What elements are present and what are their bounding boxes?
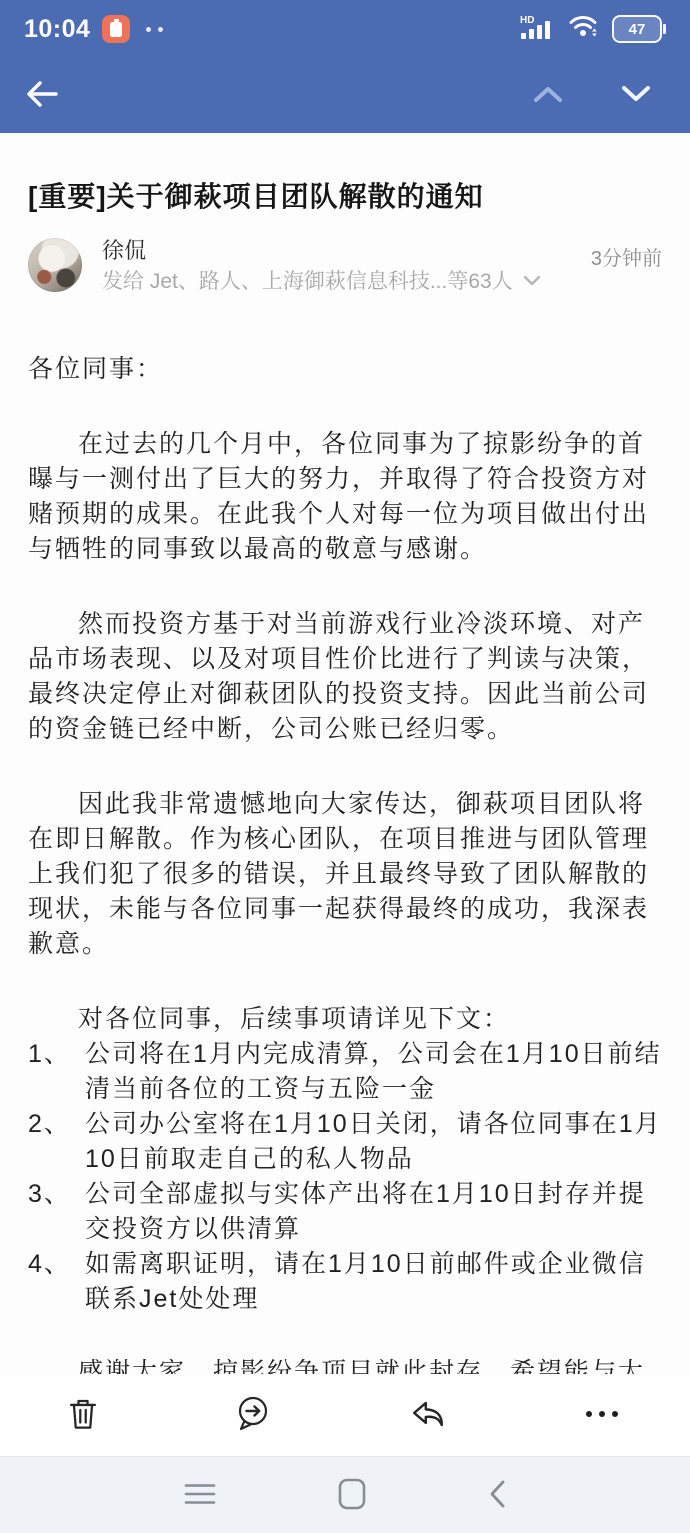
nav-recent-apps-button[interactable] [338,1478,366,1513]
nav-back-button[interactable] [488,1479,506,1512]
list-item: 1、 公司将在1月内完成清算，公司会在1月10日前结清当前各位的工资与五险一金 [28,1037,662,1107]
battery-saver-notification-icon [102,15,130,43]
list-item-text: 公司全部虚拟与实体产出将在1月10日封存并提交投资方以供清算 [85,1177,662,1247]
delete-button[interactable] [68,1397,98,1434]
mail-action-toolbar [0,1374,690,1456]
list-item-number: 1、 [28,1037,85,1107]
body-paragraph: 然而投资方基于对当前游戏行业冷淡环境、对产品市场表现、以及对项目性价比进行了判读… [28,607,662,747]
recipients-row[interactable]: 发给 Jet、路人、上海御萩信息科技...等63人 [102,268,591,296]
mail-content: [重要]关于御萩项目团队解散的通知 徐侃 发给 Jet、路人、上海御萩信息科技.… [0,133,690,1374]
wifi-icon [569,13,601,45]
more-button[interactable] [582,1408,622,1423]
battery-percent: 47 [629,21,646,38]
status-bar: 10:04 HD [0,0,690,58]
list-item: 2、 公司办公室将在1月10日关闭，请各位同事在1月10日前取走自己的私人物品 [28,1107,662,1177]
list-item-number: 4、 [28,1247,85,1317]
phone-screen: 10:04 HD [0,0,690,1533]
list-item-text: 公司将在1月内完成清算，公司会在1月10日前结清当前各位的工资与五险一金 [85,1037,662,1107]
list-intro: 对各位同事，后续事项请详见下文： [28,1002,662,1037]
salutation: 各位同事： [28,352,662,387]
mail-time: 3分钟前 [591,242,662,271]
back-button[interactable] [24,78,60,113]
body-paragraph: 在过去的几个月中，各位同事为了掠影纷争的首曝与一测付出了巨大的努力，并取得了符合… [28,427,662,567]
recipients-expand-chevron-icon[interactable] [523,273,541,291]
sender-avatar[interactable] [28,238,82,292]
mail-subject: [重要]关于御萩项目团队解散的通知 [28,177,662,217]
list-item-text: 如需离职证明，请在1月10日前邮件或企业微信联系Jet处处理 [85,1247,662,1317]
system-nav-bar [0,1456,690,1533]
back-arrow-icon [24,78,60,113]
clock: 10:04 [24,15,90,44]
closing-paragraph: 感谢大家，掠影纷争项目就此封存，希望能与大家有缘再见 [28,1355,662,1374]
nav-back-icon [488,1479,506,1512]
list-item-number: 2、 [28,1107,85,1177]
forward-button[interactable] [233,1395,273,1436]
mail-header-bar [0,58,690,133]
sender-name: 徐侃 [102,236,591,266]
list-item-text: 公司办公室将在1月10日关闭，请各位同事在1月10日前取走自己的私人物品 [85,1107,662,1177]
nav-menu-button[interactable] [184,1482,216,1509]
body-paragraph: 因此我非常遗憾地向大家传达，御萩项目团队将在即日解散。作为核心团队，在项目推进与… [28,787,662,962]
chevron-down-icon [620,84,652,107]
notification-dots-icon [146,27,163,32]
sender-row: 徐侃 发给 Jet、路人、上海御萩信息科技...等63人 3分钟前 [28,234,662,296]
trash-icon [68,1397,98,1434]
chevron-up-icon [532,84,564,107]
menu-icon [184,1482,216,1509]
battery-icon: 47 [612,15,662,43]
recipients-summary[interactable]: 发给 Jet、路人、上海御萩信息科技...等63人 [102,268,513,296]
mail-body: 各位同事： 在过去的几个月中，各位同事为了掠影纷争的首曝与一测付出了巨大的努力，… [28,352,662,1374]
cellular-signal-icon: HD [520,13,558,45]
recent-apps-icon [338,1478,366,1513]
reply-arrow-icon [409,1398,447,1433]
forward-message-icon [233,1395,273,1436]
list-item: 4、 如需离职证明，请在1月10日前邮件或企业微信联系Jet处处理 [28,1247,662,1317]
more-dots-icon [582,1408,622,1423]
list-item: 3、 公司全部虚拟与实体产出将在1月10日封存并提交投资方以供清算 [28,1177,662,1247]
list-item-number: 3、 [28,1177,85,1247]
next-mail-button[interactable] [620,84,652,107]
previous-mail-button[interactable] [532,84,564,107]
reply-button[interactable] [409,1398,447,1433]
hd-label: HD [520,15,534,26]
